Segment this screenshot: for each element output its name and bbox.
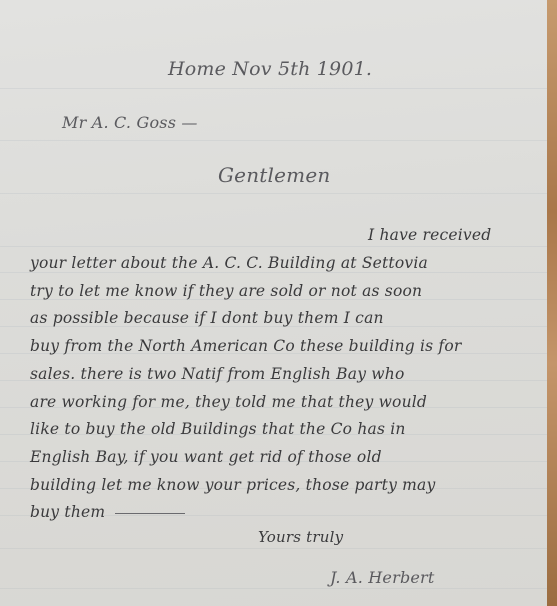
signature: J. A. Herbert xyxy=(330,568,435,587)
body-line-text: buy them xyxy=(30,503,105,521)
letter-page: Home Nov 5th 1901. Mr A. C. Goss — Gentl… xyxy=(0,0,549,606)
closing: Yours truly xyxy=(258,528,343,546)
wood-surface-edge xyxy=(547,0,557,606)
ruled-line xyxy=(0,193,549,194)
ruled-line xyxy=(0,548,549,549)
ruled-line xyxy=(0,246,549,247)
body-line: like to buy the old Buildings that the C… xyxy=(30,420,406,438)
body-line: buy from the North American Co these bui… xyxy=(30,337,462,355)
ruled-line xyxy=(0,88,549,89)
body-line: English Bay, if you want get rid of thos… xyxy=(30,448,382,466)
body-line: try to let me know if they are sold or n… xyxy=(30,282,422,300)
ruled-line xyxy=(0,140,549,141)
body-line: your letter about the A. C. C. Building … xyxy=(30,254,428,272)
body-line: sales. there is two Natif from English B… xyxy=(30,365,404,383)
body-line: are working for me, they told me that th… xyxy=(30,393,427,411)
body-line: as possible because if I dont buy them I… xyxy=(30,309,384,327)
closing-flourish-line xyxy=(115,513,185,514)
body-line: I have received xyxy=(368,226,491,244)
body-line: building let me know your prices, those … xyxy=(30,476,435,494)
ruled-line xyxy=(0,588,549,589)
greeting: Gentlemen xyxy=(218,163,330,187)
body-line-final: buy them xyxy=(30,503,185,521)
dateline: Home Nov 5th 1901. xyxy=(168,58,372,80)
addressee: Mr A. C. Goss — xyxy=(62,113,198,132)
ruled-line xyxy=(0,272,549,273)
